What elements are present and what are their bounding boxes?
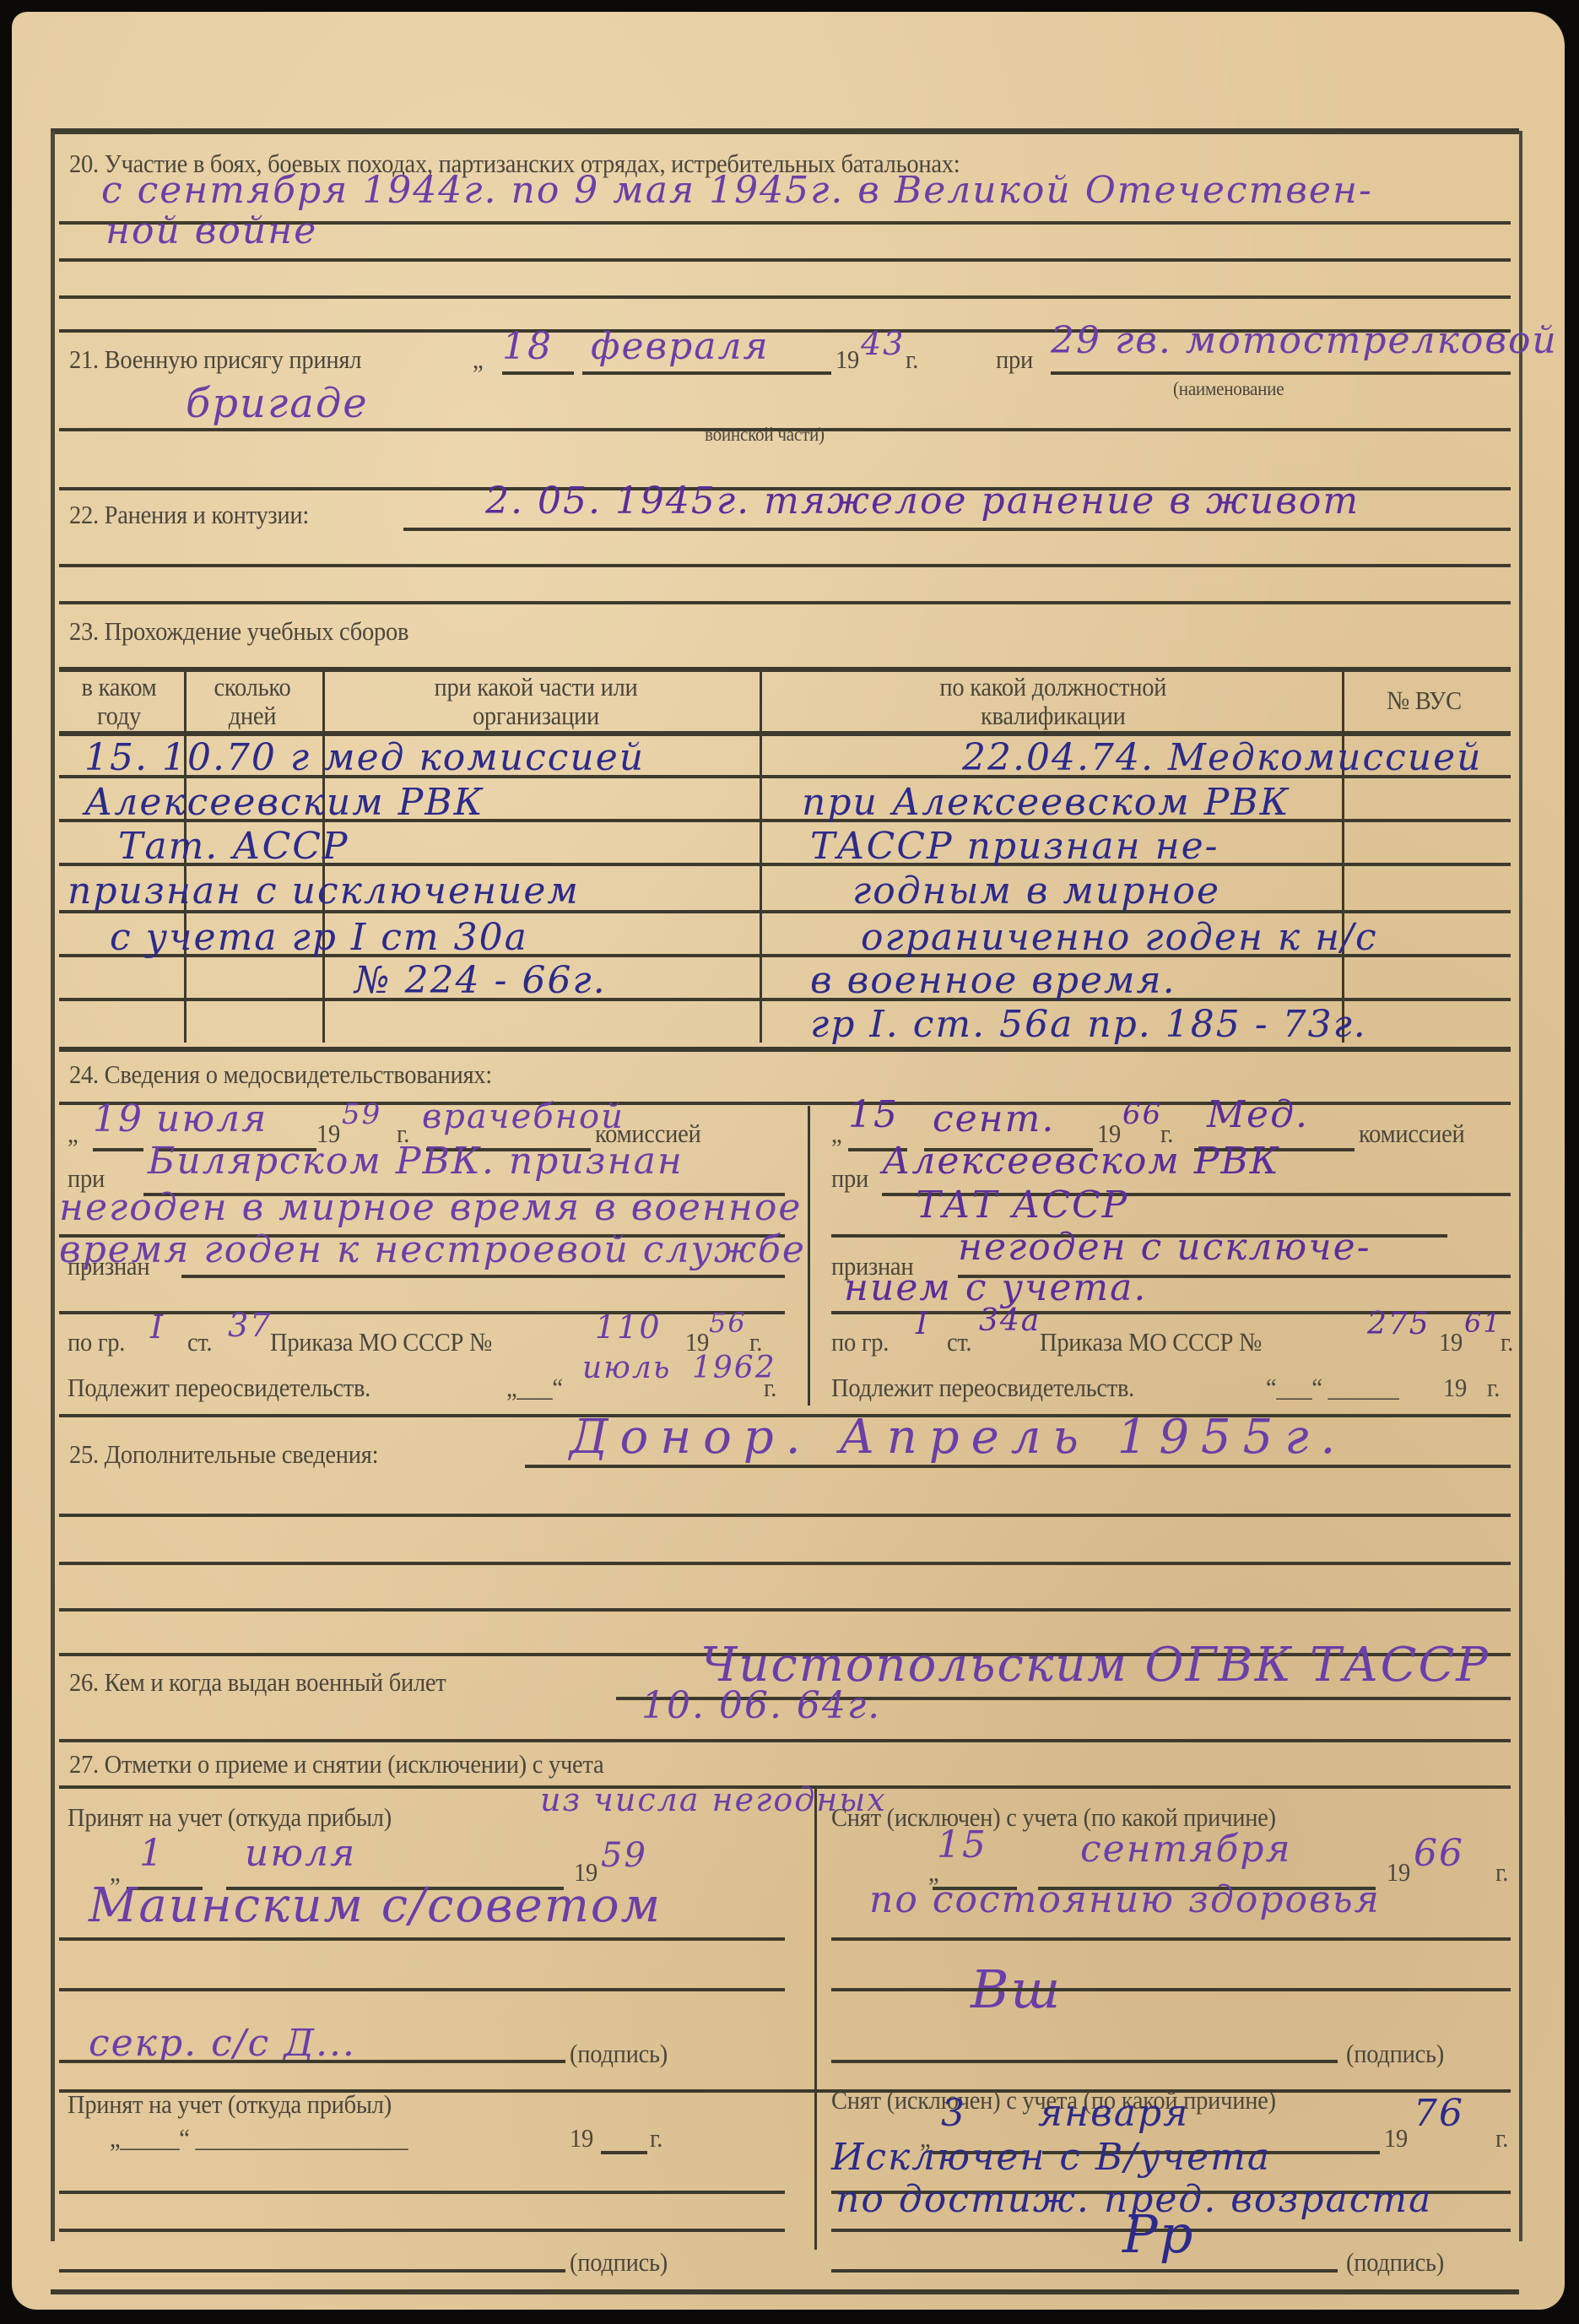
s24-left-order-year: 56 xyxy=(709,1307,747,1339)
s27-removed1-line1: по состоянию здоровья xyxy=(869,1878,1381,1921)
s23-right-line2: при Алексеевском РВК xyxy=(802,781,1290,824)
s22-rule-2 xyxy=(59,564,1511,567)
s27-removed1-year-prefix: 19 xyxy=(1387,1857,1410,1888)
s27-removed1-day: 15 xyxy=(937,1823,987,1866)
s27-accepted1-sign-line xyxy=(59,2060,565,2063)
s23-header-unit-1: при какой части или xyxy=(342,672,730,702)
s24-left-recheck-quotes: „___“ xyxy=(506,1373,563,1403)
s23-right-line7: гр I. ст. 56а пр. 185 - 73г. xyxy=(810,1003,1367,1046)
s20-rule-3 xyxy=(59,295,1511,299)
s24-right-g3: г. xyxy=(1487,1373,1500,1403)
s22-value: 2. 05. 1945г. тяжелое ранение в живот xyxy=(485,479,1360,523)
s27-accepted1-year: 59 xyxy=(601,1836,647,1875)
s24-right-pri-value: Алексеевском РВК xyxy=(882,1140,1280,1183)
s27-removed1-rule-2 xyxy=(831,1937,1511,1941)
s22-rule-1 xyxy=(403,528,1511,531)
s23-row-rule xyxy=(59,998,1511,1001)
s24-right-order-year: 61 xyxy=(1464,1307,1502,1339)
s23-left-line5: с учета гр I ст 30а xyxy=(110,916,528,959)
s27-removed1-signature-label: (подпись) xyxy=(1346,2039,1444,2069)
s24-right-g2: г. xyxy=(1501,1327,1513,1357)
s24-right-year: 66 xyxy=(1122,1097,1162,1131)
s24-left-day: 19 xyxy=(93,1097,143,1140)
s25-rule-2 xyxy=(59,1514,1511,1517)
s27-removed1-sign-line xyxy=(831,2060,1338,2063)
s21-pri: при xyxy=(996,344,1033,375)
s25-value: Донор. Апрель 1955г. xyxy=(570,1410,1347,1465)
s27-removed1-year: 66 xyxy=(1414,1832,1464,1875)
s21-unit-line2: бригаде xyxy=(186,380,369,427)
s22-rule-3 xyxy=(59,601,1511,604)
s23-header-days-1: сколько xyxy=(194,672,311,702)
s27-removed2-year-prefix: 19 xyxy=(1384,2123,1408,2153)
s27-removed2-day: 3 xyxy=(941,2092,966,2135)
frame-bottom-border xyxy=(51,2289,1519,2294)
s24-left-st-label: ст. xyxy=(187,1327,212,1357)
s23-header-vus: № ВУС xyxy=(1350,685,1498,716)
s21-year: 43 xyxy=(861,325,905,362)
s26-label: 26. Кем и когда выдан военный билет xyxy=(69,1667,446,1698)
s23-header-days-2: дней xyxy=(194,701,311,731)
s24-label: 24. Сведения о медосвидетельствованиях: xyxy=(69,1059,492,1090)
s27-removed2-line1: Исключен с В/учета xyxy=(831,2136,1271,2179)
s27-removed1-rule-3 xyxy=(831,1988,1511,1991)
s24-left-gr-label: по гр. xyxy=(68,1327,125,1357)
s24-right-day: 15 xyxy=(848,1093,899,1136)
s24-right-priznan-value: негоден с исключе- xyxy=(958,1226,1371,1269)
s24-left-recheck-label: Подлежит переосвидетельств. xyxy=(68,1373,370,1403)
s24-right-gr-label: по гр. xyxy=(831,1327,889,1357)
s24-left-recheck-value: июль xyxy=(582,1351,671,1385)
s24-left-day-line xyxy=(93,1148,143,1151)
s21-unit-line xyxy=(1051,371,1511,375)
s27-removed1-month: сентября xyxy=(1080,1828,1292,1871)
s22-label: 22. Ранения и контузии: xyxy=(69,500,309,530)
s24-right-recheck-year: 19 xyxy=(1443,1373,1467,1403)
s27-accepted1-month: июля xyxy=(245,1832,356,1875)
s27-removed2-signature-label: (подпись) xyxy=(1346,2247,1444,2278)
s23-right-line1: 22.04.74. Медкомиссией xyxy=(962,736,1482,779)
s27-removed2-signature: Рр xyxy=(1122,2203,1194,2265)
s23-col-div-3 xyxy=(760,671,762,1043)
s26-line2: 10. 06. 64г. xyxy=(641,1684,881,1727)
s24-divider xyxy=(808,1106,810,1406)
s23-left-line3: Тат. АССР xyxy=(118,825,349,868)
s27-accepted1-rule-2 xyxy=(59,1937,785,1941)
s23-left-line1: 15. 10.70 г мед комиссией xyxy=(84,736,645,779)
s23-header-year-2: году xyxy=(61,701,177,731)
s24-right-month: сент. xyxy=(933,1097,1055,1140)
s24-left-pri-value: Билярском РВК. признан xyxy=(148,1140,684,1183)
s20-rule-2 xyxy=(59,258,1511,262)
s21-day: 18 xyxy=(502,325,553,368)
s23-left-line2: Алексеевским РВК xyxy=(84,781,484,824)
s21-day-line xyxy=(502,371,574,375)
s27-accepted2-year-line xyxy=(601,2151,647,2154)
s24-left-line2: негоден в мирное время в военное xyxy=(59,1186,802,1229)
s27-removed2-year: 76 xyxy=(1414,2092,1464,2135)
s24-right-order-label: Приказа МО СССР № xyxy=(1040,1327,1262,1357)
s21-year-prefix: 19 xyxy=(835,344,859,375)
s20-value-line1: с сентября 1944г. по 9 мая 1945г. в Вели… xyxy=(101,169,1373,212)
s27-accepted2-label: Принят на учет (откуда прибыл) xyxy=(68,2089,392,2120)
s23-label: 23. Прохождение учебных сборов xyxy=(69,616,408,647)
s27-label: 27. Отметки о приеме и снятии (исключени… xyxy=(69,1749,603,1780)
s23-right-line5: ограниченно годен к н/с xyxy=(861,916,1378,959)
s25-rule-4 xyxy=(59,1608,1511,1612)
s27-accepted2-date-blank: „_____“ __________________ xyxy=(110,2123,408,2153)
s23-table-bottom xyxy=(59,1047,1511,1052)
s23-left-line4: признан с исключением xyxy=(68,869,580,913)
s24-right-line2: ТАТ АССР xyxy=(916,1184,1128,1227)
s24-right-recheck-label: Подлежит переосвидетельств. xyxy=(831,1373,1134,1403)
s21-g: г. xyxy=(906,344,918,375)
s27-accepted2-g: г. xyxy=(650,2123,662,2153)
s27-accepted1-line2: секр. с/с Д... xyxy=(89,2022,356,2065)
s24-right-st-label: ст. xyxy=(947,1327,971,1357)
s24-right-pri: при xyxy=(831,1163,868,1194)
s27-accepted2-signature-label: (подпись) xyxy=(570,2247,668,2278)
s23-right-line4: годным в мирное xyxy=(852,869,1220,913)
s23-col-div-4 xyxy=(1342,671,1344,1043)
s27-accepted2-year-prefix: 19 xyxy=(570,2123,593,2153)
s24-left-commission-type: врачебной xyxy=(422,1097,625,1136)
s24-right-order-year-prefix: 19 xyxy=(1439,1327,1463,1357)
s24-left-order-no: 110 xyxy=(595,1308,662,1346)
s24-left-rule-4 xyxy=(59,1311,785,1314)
s23-header-qual-2: квалификации xyxy=(789,701,1317,731)
s27-removed1-g: г. xyxy=(1495,1857,1508,1888)
s27-accepted2-rule-2 xyxy=(59,2229,785,2232)
s27-accepted1-line1: Маинским с/советом xyxy=(89,1878,662,1933)
s27-accepted2-sign-line xyxy=(59,2269,565,2273)
s27-accepted1-day: 1 xyxy=(139,1832,165,1875)
s21-unit-line1: 29 гв. мотострелковой xyxy=(1051,319,1558,362)
s24-right-quote: „ xyxy=(831,1119,841,1149)
s23-header-year-1: в каком xyxy=(61,672,177,702)
s27-removed2-g: г. xyxy=(1495,2123,1508,2153)
s23-right-line3: ТАССР признан не- xyxy=(810,825,1219,868)
s24-left-quote: „ xyxy=(68,1119,78,1149)
s23-right-line6: в военное время. xyxy=(810,959,1176,1002)
s21-month: февраля xyxy=(591,325,770,368)
s24-left-rule-3 xyxy=(181,1275,785,1278)
s24-right-recheck-quotes: “___“ ______ xyxy=(1266,1373,1398,1403)
s27-accepted1-signature-label: (подпись) xyxy=(570,2039,668,2069)
s20-value-line2: ной войне xyxy=(105,209,317,252)
s21-quote: „ xyxy=(473,344,483,375)
s25-label: 25. Дополнительные сведения: xyxy=(69,1439,378,1470)
s24-left-line3: время годен к нестроевой службе xyxy=(59,1228,806,1271)
s27-removed2-month: января xyxy=(1038,2092,1189,2135)
s23-left-line6: № 224 - 66г. xyxy=(354,959,607,1002)
s24-right-commission-type: Мед. xyxy=(1207,1093,1309,1136)
s21-label: 21. Военную присягу принял xyxy=(69,344,361,375)
s27-accepted1-label: Принят на учет (откуда прибыл) xyxy=(68,1802,392,1833)
s26-rule-2 xyxy=(59,1739,1511,1742)
s25-rule-1 xyxy=(525,1465,1511,1468)
s24-left-gr: I xyxy=(150,1308,165,1346)
s23-header-qual-1: по какой должностной xyxy=(789,672,1317,702)
s24-right-gr: I xyxy=(916,1307,929,1341)
s24-left-st: 37 xyxy=(228,1307,272,1344)
s21-caption2: воинской части) xyxy=(705,424,825,446)
s21-caption1: (наименование xyxy=(1173,378,1284,400)
s27-removed2-sign-line xyxy=(831,2269,1338,2273)
s25-rule-3 xyxy=(59,1562,1511,1565)
s24-left-year: 59 xyxy=(342,1097,381,1131)
s24-right-st: 34а xyxy=(979,1303,1041,1338)
s27-accepted2-rule-1 xyxy=(59,2191,785,2194)
s24-right-commission-label: комиссией xyxy=(1359,1119,1464,1149)
s24-left-order-label: Приказа МО СССР № xyxy=(270,1327,492,1357)
s24-left-month: июля xyxy=(156,1097,268,1140)
s21-month-line xyxy=(582,371,831,375)
s24-right-order-no: 275 xyxy=(1367,1307,1430,1341)
s27-divider xyxy=(814,1785,817,2250)
s23-header-unit-2: организации xyxy=(342,701,730,731)
s24-left-g3: г. xyxy=(764,1373,776,1403)
s27-accepted1-rule-3 xyxy=(59,1988,785,1991)
